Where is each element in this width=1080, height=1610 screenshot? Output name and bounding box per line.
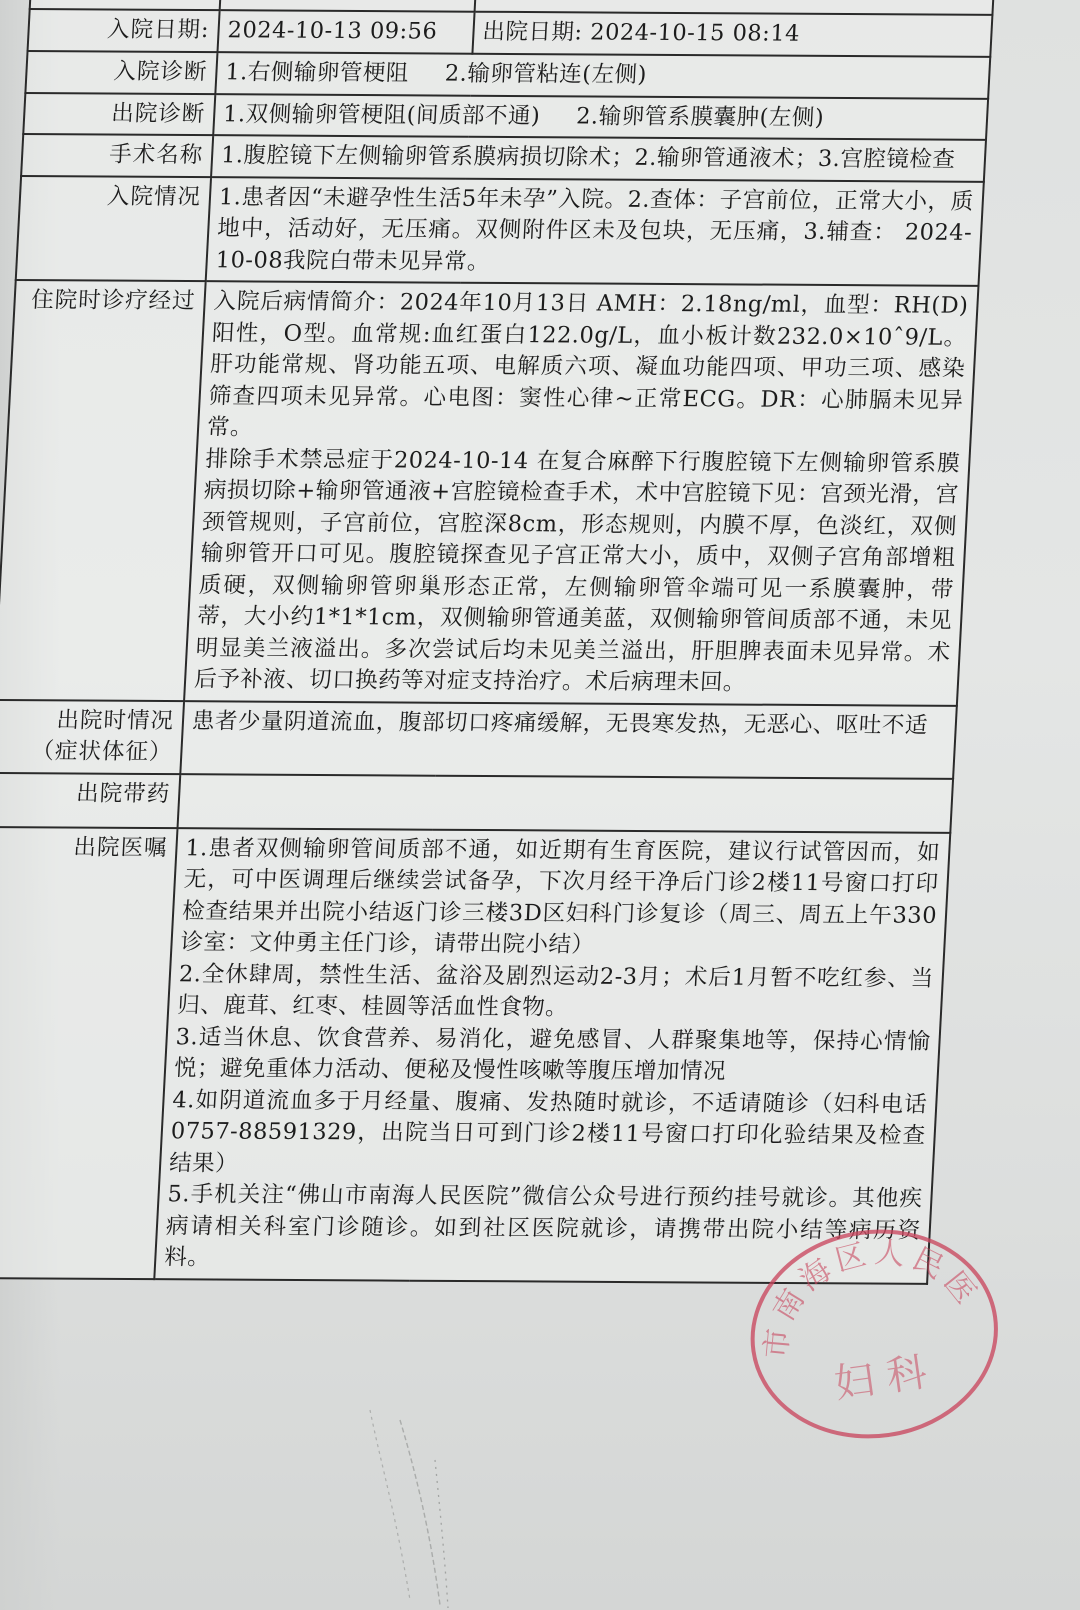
surgery-name-label: 手术名称 (21, 134, 213, 177)
order-item: 5.手机关注“佛山市南海人民医院”微信公众号进行预约挂号就诊。其他疾病请相关科室… (164, 1179, 924, 1278)
admission-date-value: 2024-10-13 09:56 (217, 10, 474, 54)
discharge-date-cell: 出院日期: 2024-10-15 08:14 (472, 12, 992, 57)
order-item: 3.适当休息、饮食营养、易消化，避免感冒、人群聚集地等，保持心情愉悦；避免重体力… (173, 1022, 931, 1090)
course-paragraph: 入院后病情简介：2024年10月13日 AMH：2.18ng/ml，血型：RH(… (206, 286, 969, 448)
admission-diagnosis-row: 入院诊断 1.右侧输卵管梗阻2.输卵管粘连(左侧) (25, 51, 990, 98)
order-item: 4.如阴道流血多于月经量、腹痛、发热随时就诊，不适请随诊（妇科电话0757-88… (168, 1085, 928, 1184)
order-item: 2.全休肆周，禁性生活、盆浴及剧烈运动2-3月；术后1月暂不吃红参、当归、鹿茸、… (177, 959, 935, 1027)
discharge-orders-row: 出院医嘱 1.患者双侧输卵管间质部不通，如近期有生育医院，建议行试管因而，如无，… (0, 826, 950, 1283)
hospital-course-value: 入院后病情简介：2024年10月13日 AMH：2.18ng/ml，血型：RH(… (184, 281, 978, 705)
discharge-condition-row: 出院时情况 （症状体征） 患者少量阴道流血，腹部切口疼痛缓解，无畏寒发热，无恶心… (0, 699, 957, 778)
discharge-condition-label: 出院时情况 （症状体征） (0, 699, 184, 773)
diagnosis-item: 2.输卵管系膜囊肿(左侧) (576, 103, 825, 131)
condition-label-line: （症状体征） (0, 736, 173, 769)
discharge-summary-sheet: 入院日期: 2024-10-13 09:56 出院日期: 2024-10-15 … (0, 0, 995, 1284)
discharge-medication-value (178, 774, 954, 833)
dates-row: 入院日期: 2024-10-13 09:56 出院日期: 2024-10-15 … (28, 9, 993, 57)
admission-status-value: 1.患者因“未避孕性生活5年未孕”入院。2.查体：子宫前位，正常大小，质地中，活… (206, 177, 984, 286)
discharge-condition-value: 患者少量阴道流血，腹部切口疼痛缓解，无畏寒发热，无恶心、呕吐不适 (180, 701, 957, 779)
diagnosis-item: 2.输卵管粘连(左侧) (444, 61, 647, 88)
order-item: 1.患者双侧输卵管间质部不通，如近期有生育医院，建议行试管因而，如无，可中医调理… (180, 833, 941, 964)
surgery-name-row: 手术名称 1.腹腔镜下左侧输卵管系膜病损切除术；2.输卵管通液术；3.宫腔镜检查 (21, 134, 986, 181)
diagnosis-item: 1.右侧输卵管梗阻 (225, 59, 410, 86)
hospital-course-label: 住院时诊疗经过 (0, 280, 206, 701)
condition-label-line: 出院时情况 (1, 705, 175, 738)
diagnosis-item: 1.双侧输卵管梗阻(间质部不通) (223, 101, 541, 129)
admission-diagnosis-label: 入院诊断 (25, 51, 217, 94)
discharge-medication-row: 出院带药 (0, 772, 953, 832)
discharge-date-value: 2024-10-15 08:14 (590, 19, 801, 46)
discharge-orders-value: 1.患者双侧输卵管间质部不通，如近期有生育医院，建议行试管因而，如无，可中医调理… (154, 828, 950, 1284)
discharge-medication-label: 出院带药 (0, 772, 180, 827)
discharge-diagnosis-label: 出院诊断 (23, 93, 215, 136)
discharge-date-label: 出院日期: (482, 19, 583, 46)
hospital-course-row: 住院时诊疗经过 入院后病情简介：2024年10月13日 AMH：2.18ng/m… (0, 280, 978, 705)
surgery-name-value: 1.腹腔镜下左侧输卵管系膜病损切除术；2.输卵管通液术；3.宫腔镜检查 (211, 135, 986, 181)
discharge-orders-label: 出院医嘱 (0, 826, 178, 1278)
record-table: 入院日期: 2024-10-13 09:56 出院日期: 2024-10-15 … (0, 0, 995, 1284)
course-paragraph: 排除手术禁忌症于2024-10-14 在复合麻醉下行腹腔镜下左侧输卵管系膜病损切… (193, 444, 961, 701)
admission-date-label: 入院日期: (28, 9, 220, 52)
admission-status-row: 入院情况 1.患者因“未避孕性生活5年未孕”入院。2.查体：子宫前位，正常大小，… (16, 176, 984, 286)
discharge-diagnosis-value: 1.双侧输卵管梗阻(间质部不通)2.输卵管系膜囊肿(左侧) (213, 94, 988, 140)
admission-diagnosis-value: 1.右侧输卵管梗阻2.输卵管粘连(左侧) (215, 52, 990, 98)
admission-status-label: 入院情况 (16, 176, 211, 282)
discharge-diagnosis-row: 出院诊断 1.双侧输卵管梗阻(间质部不通)2.输卵管系膜囊肿(左侧) (23, 93, 988, 140)
